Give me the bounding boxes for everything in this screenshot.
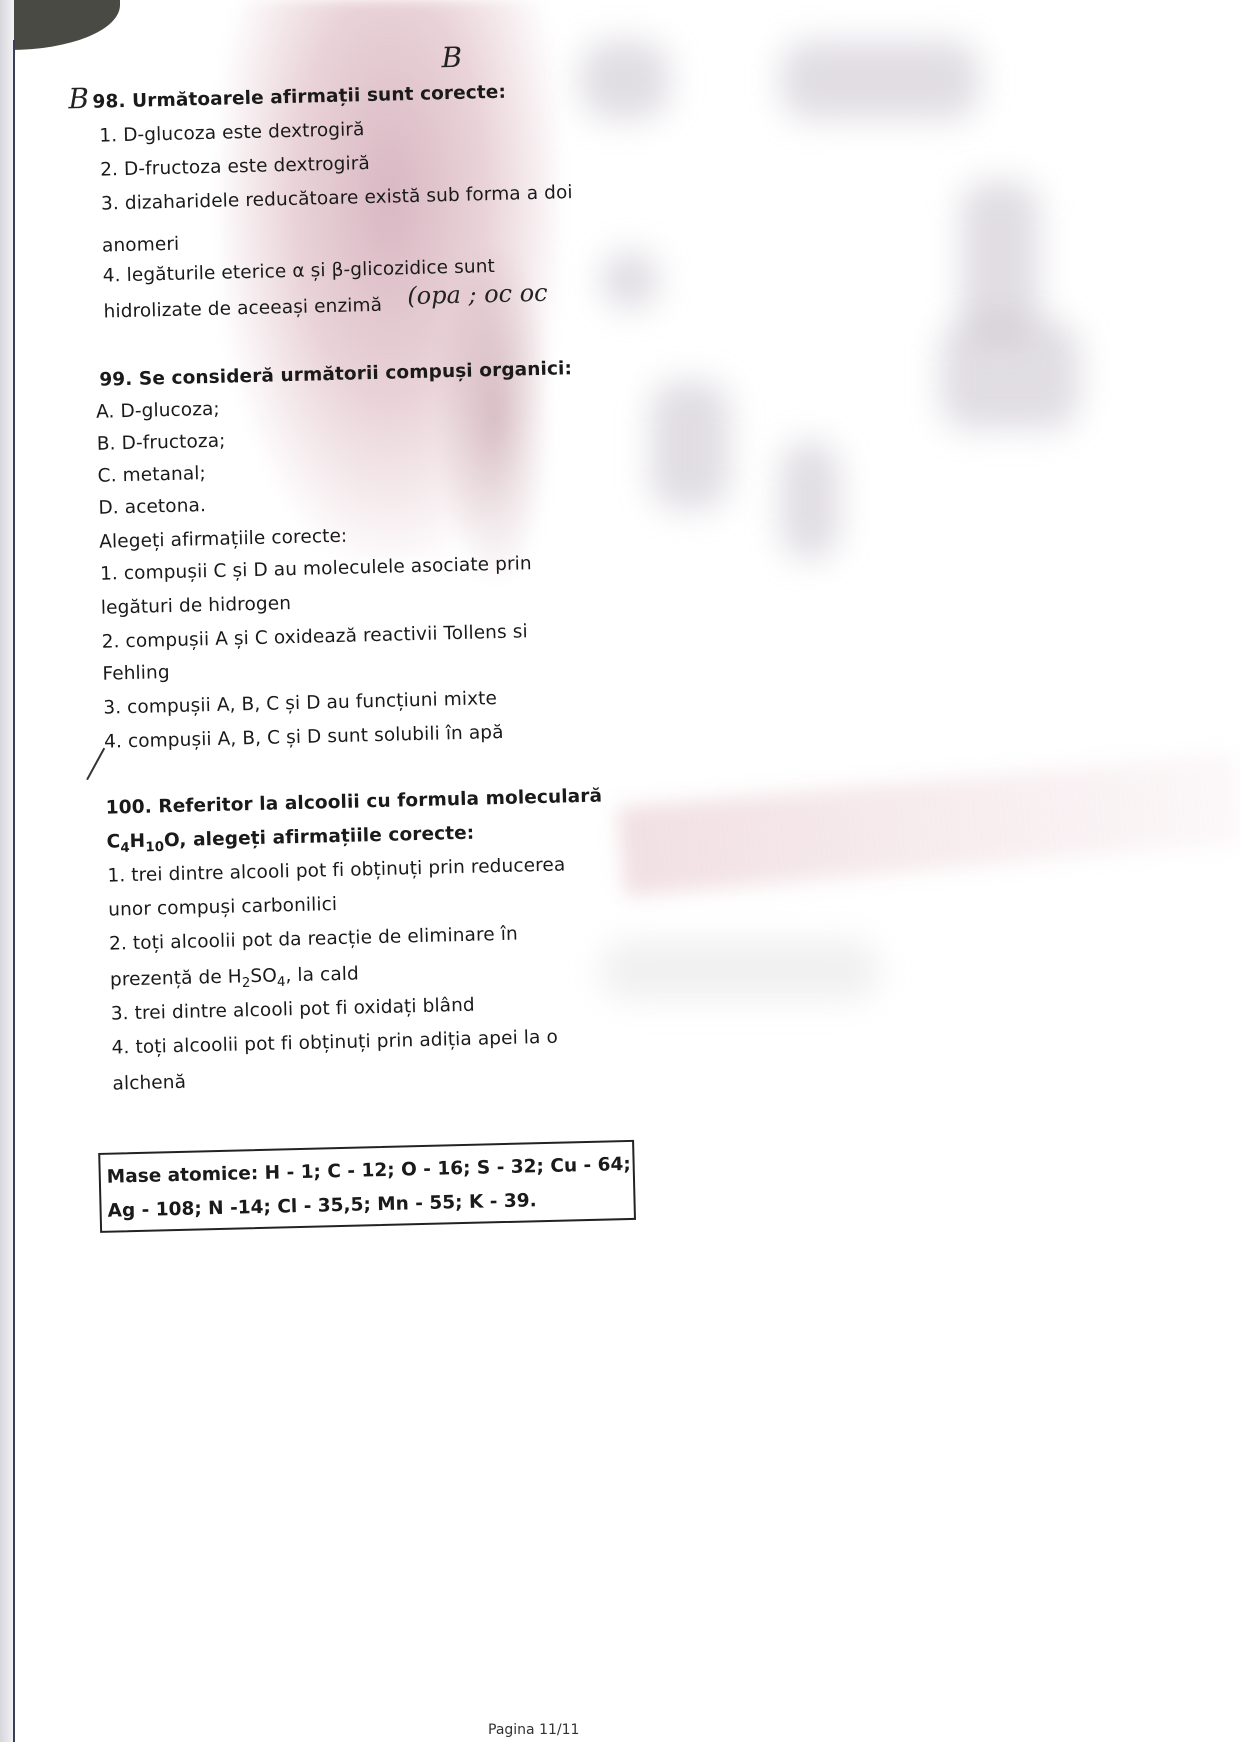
page-number: Pagina 11/11 xyxy=(488,1722,579,1738)
page-edge xyxy=(0,0,14,1742)
blurred-region xyxy=(617,753,1240,897)
page-edge-line xyxy=(13,40,15,1742)
q100-item: alchenă xyxy=(112,1072,186,1095)
q99-item: 3. compușii A, B, C și D au funcțiuni mi… xyxy=(103,688,497,719)
item-text: prezență de H xyxy=(110,966,242,990)
question-text: , alegeți afirmațiile corecte: xyxy=(179,823,474,851)
blurred-region xyxy=(600,250,660,310)
q99-item: 2. compușii A și C oxidează reactivii To… xyxy=(101,621,527,652)
handwritten-mark: B xyxy=(68,82,89,115)
compound-item: C. metanal; xyxy=(97,463,206,487)
item-text: SO xyxy=(250,966,277,988)
background-corner xyxy=(0,0,120,50)
formula-subscript: 4 xyxy=(120,841,130,856)
q100-item: prezență de H2SO4, la cald xyxy=(110,964,359,995)
question-number: 98. xyxy=(92,91,126,113)
atomic-masses-line: Mase atomice: H - 1; C - 12; O - 16; S -… xyxy=(107,1154,632,1188)
q100-item: 1. trei dintre alcooli pot fi obținuți p… xyxy=(107,854,565,886)
q99-item: legături de hidrogen xyxy=(101,593,292,619)
formula-part: O xyxy=(164,830,180,851)
q100-item: 4. toți alcoolii pot fi obținuți prin ad… xyxy=(111,1027,558,1059)
blurred-region xyxy=(650,380,730,510)
compound-item: A. D-glucoza; xyxy=(96,399,220,423)
blurred-region xyxy=(940,320,1080,430)
blurred-region xyxy=(600,940,880,1000)
q100-item: unor compuși carbonilici xyxy=(108,894,337,921)
q98-item: anomeri xyxy=(102,234,180,257)
question-100-formula-line: C4H10O, alegeți afirmațiile corecte: xyxy=(106,823,474,857)
atomic-masses-line: Ag - 108; N -14; Cl - 35,5; Mn - 55; K -… xyxy=(107,1190,537,1221)
formula-part: C xyxy=(106,831,120,852)
formula-subscript: 10 xyxy=(145,840,164,855)
q100-item: 2. toți alcoolii pot da reacție de elimi… xyxy=(109,924,518,955)
formula-part: H xyxy=(129,831,145,852)
blurred-region xyxy=(960,180,1040,340)
blurred-region xyxy=(580,40,670,120)
handwritten-mark: B xyxy=(441,41,462,74)
blurred-region xyxy=(780,440,840,560)
blurred-region xyxy=(780,40,980,120)
q100-item: 3. trei dintre alcooli pot fi oxidați bl… xyxy=(111,995,475,1025)
compound-item: D. acetona. xyxy=(98,495,206,519)
compound-item: B. D-fructoza; xyxy=(97,431,226,455)
item-text: , la cald xyxy=(285,964,359,987)
atomic-masses-box: Mase atomice: H - 1; C - 12; O - 16; S -… xyxy=(98,1140,636,1233)
handwritten-note: (opa ; oc oc xyxy=(407,279,548,310)
q99-item: Fehling xyxy=(102,662,170,685)
q99-item: 4. compușii A, B, C și D sunt solubili î… xyxy=(104,722,504,753)
formula-subscript: 4 xyxy=(277,975,286,990)
handwritten-strike-mark xyxy=(86,748,105,781)
question-100-title: 100. Referitor la alcoolii cu formula mo… xyxy=(106,786,603,819)
